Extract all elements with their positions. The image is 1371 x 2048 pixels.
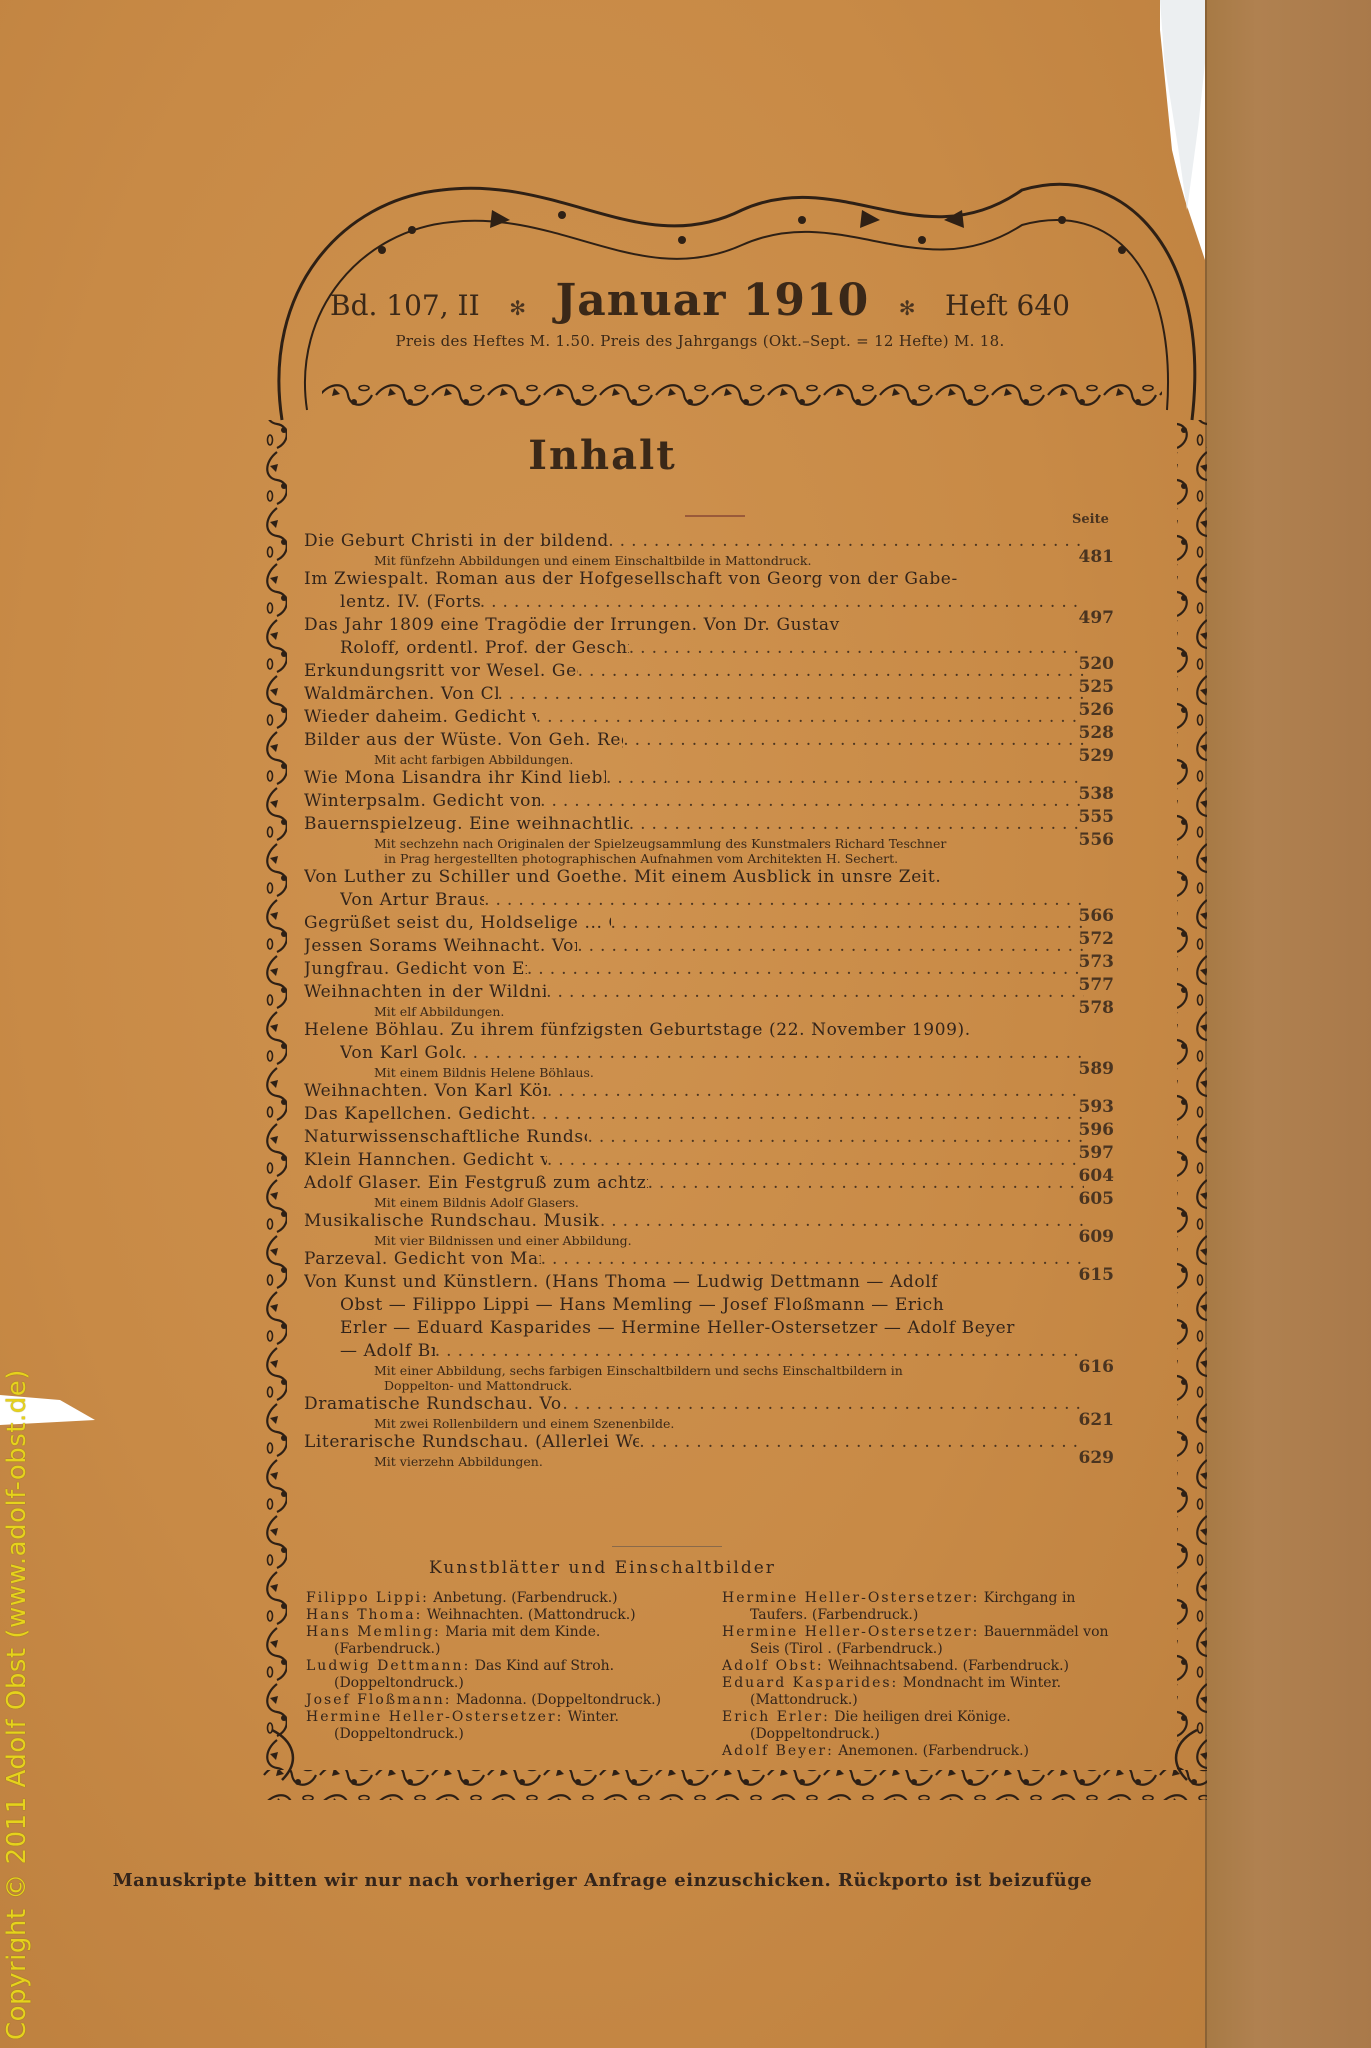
toc-entry-text: Von Artur Brausewetter <box>340 889 484 912</box>
toc-entry-text: Jungfrau. Gedicht von Ernst A. Bertram <box>304 958 527 981</box>
toc-entry-text: Bauernspielzeug. Eine weihnachtliche Stu… <box>304 813 629 836</box>
toc-entry-line: Winterpsalm. Gedicht von Hermann Hango .… <box>304 790 1084 813</box>
toc-entry[interactable]: Helene Böhlau. Zu ihrem fünfzigsten Gebu… <box>304 1019 1084 1080</box>
toc-entry-text: Klein Hannchen. Gedicht von Stephan Milo… <box>304 1149 547 1172</box>
toc-entry-text: Helene Böhlau. Zu ihrem fünfzigsten Gebu… <box>304 1019 971 1042</box>
art-plate-item: Erich Erler: Die heiligen drei Könige. (… <box>722 1709 1120 1743</box>
toc-entry-line: Waldmärchen. Von Clara Hepner ..........… <box>304 683 1084 706</box>
toc-entry-line: Erkundungsritt vor Wesel. Gedicht von Pa… <box>304 660 1084 683</box>
toc-entry-line: Jessen Sorams Weihnacht. Von Robert Schw… <box>304 935 1084 958</box>
toc-entry-line: — Adolf Brütt) .........................… <box>304 1340 1084 1363</box>
art-plate-item: Hans Thoma: Weihnachten. (Mattondruck.) <box>306 1607 704 1624</box>
art-plate-work: Weihnachten. (Mattondruck.) <box>427 1607 636 1623</box>
art-plate-artist: Hermine Heller-Ostersetzer: <box>306 1709 563 1725</box>
toc-entry-text: Im Zwiespalt. Roman aus der Hofgesellsch… <box>304 568 958 591</box>
toc-page-number: 529 <box>1079 745 1115 768</box>
toc-entry[interactable]: Von Kunst und Künstlern. (Hans Thoma — L… <box>304 1271 1084 1393</box>
cover-flap <box>1205 0 1371 2048</box>
toc-entry-line: Von Artur Brausewetter .................… <box>304 889 1084 912</box>
asterisk-ornament-icon: ✻ <box>509 296 526 320</box>
issue-header: Bd. 107, II ✻ Januar 1910 ✻ Heft 640 Pre… <box>330 275 1070 350</box>
art-plate-artist: Josef Floßmann: <box>306 1692 452 1708</box>
art-plate-artist: Filippo Lippi: <box>306 1590 429 1606</box>
toc-entry[interactable]: Die Geburt Christi in der bildenden Kuns… <box>304 530 1084 568</box>
toc-entry-text: Das Jahr 1809 eine Tragödie der Irrungen… <box>304 614 840 637</box>
toc-entry-text: Von Karl Goldmann <box>340 1042 461 1065</box>
art-plate-work: Weihnachtsabend. (Farbendruck.) <box>828 1658 1069 1674</box>
art-plate-item: Hans Memling: Maria mit dem Kinde. (Farb… <box>306 1624 704 1658</box>
toc-entry[interactable]: Winterpsalm. Gedicht von Hermann Hango .… <box>304 790 1084 813</box>
toc-entry-text: Obst — Filippo Lippi — Hans Memling — Jo… <box>340 1294 944 1317</box>
toc-entry[interactable]: Wieder daheim. Gedicht von Gustav Falke … <box>304 706 1084 729</box>
art-plate-item: Josef Floßmann: Madonna. (Doppeltondruck… <box>306 1692 704 1709</box>
contents-title: Inhalt <box>0 432 1205 479</box>
art-plate-item: Hermine Heller-Ostersetzer: Kirchgang in… <box>722 1590 1120 1624</box>
toc-entry[interactable]: Von Luther zu Schiller und Goethe. Mit e… <box>304 866 1084 912</box>
toc-entry-line: Roloff, ordentl. Prof. der Geschichte an… <box>304 637 1084 660</box>
toc-entry-line: Die Geburt Christi in der bildenden Kuns… <box>304 530 1084 553</box>
toc-entry-text: Wie Mona Lisandra ihr Kind liebhat. Nove… <box>304 767 606 790</box>
copyright-watermark: Copyright © 2011 Adolf Obst (www.adolf-o… <box>2 1369 32 2040</box>
art-plate-artist: Hans Thoma: <box>306 1607 422 1623</box>
toc-page-number: 605 <box>1079 1188 1115 1211</box>
toc-entry-line: Parzeval. Gedicht von Marianne Wychgram … <box>304 1248 1084 1271</box>
toc-entry-text: Wieder daheim. Gedicht von Gustav Falke <box>304 706 536 729</box>
leader-dots: ........................................… <box>547 1080 1084 1103</box>
toc-entry-line: Dramatische Rundschau. Von Dr. Friedrich… <box>304 1393 1084 1416</box>
toc-entry-line: Bauernspielzeug. Eine weihnachtliche Stu… <box>304 813 1084 836</box>
leader-dots: ........................................… <box>611 912 1084 935</box>
art-plate-item: Adolf Obst: Weihnachtsabend. (Farbendruc… <box>722 1658 1120 1675</box>
toc-entry-text: Adolf Glaser. Ein Festgruß zum achtzigst… <box>304 1172 648 1195</box>
toc-entry-line: Erler — Eduard Kasparides — Hermine Hell… <box>304 1317 1084 1340</box>
art-plate-item: Hermine Heller-Ostersetzer: Winter. (Dop… <box>306 1709 704 1743</box>
toc-entry-note: in Prag hergestellten photographischen A… <box>304 851 1084 866</box>
toc-entry[interactable]: Parzeval. Gedicht von Marianne Wychgram … <box>304 1248 1084 1271</box>
leader-dots: ........................................… <box>435 1340 1084 1363</box>
leader-dots: ........................................… <box>629 813 1084 836</box>
art-plate-item: Eduard Kasparides: Mondnacht im Winter. … <box>722 1675 1120 1709</box>
art-plate-artist: Erich Erler: <box>722 1709 830 1725</box>
toc-entry-text: Winterpsalm. Gedicht von Hermann Hango <box>304 790 540 813</box>
leader-dots: ........................................… <box>527 958 1084 981</box>
toc-entry-line: Von Luther zu Schiller und Goethe. Mit e… <box>304 866 1084 889</box>
leader-dots: ........................................… <box>648 1172 1084 1195</box>
toc-entry-note: Mit einem Bildnis Adolf Glasers. <box>304 1195 1084 1210</box>
toc-entry-text: lentz. IV. (Fortsetzung) <box>340 591 480 614</box>
toc-entry-note: Mit elf Abbildungen. <box>304 1004 1084 1019</box>
leader-dots: ........................................… <box>600 1210 1084 1233</box>
leader-dots: ........................................… <box>546 981 1084 1004</box>
toc-entry-text: Naturwissenschaftliche Rundschau. Von Dr… <box>304 1126 587 1149</box>
toc-page-number: 589 <box>1079 1058 1115 1081</box>
price-line: Preis des Heftes M. 1.50. Preis des Jahr… <box>330 332 1070 350</box>
toc-entry[interactable]: Dramatische Rundschau. Von Dr. Friedrich… <box>304 1393 1084 1431</box>
toc-entry[interactable]: Adolf Glaser. Ein Festgruß zum achtzigst… <box>304 1172 1084 1210</box>
toc-entry-line: Klein Hannchen. Gedicht von Stephan Milo… <box>304 1149 1084 1172</box>
toc-entry-text: Roloff, ordentl. Prof. der Geschichte an… <box>340 637 629 660</box>
toc-entry-line: Bilder aus der Wüste. Von Geh. Regierung… <box>304 729 1084 752</box>
toc-entry-line: Naturwissenschaftliche Rundschau. Von Dr… <box>304 1126 1084 1149</box>
art-plate-work: Anemonen. (Farbendruck.) <box>838 1743 1029 1759</box>
toc-entry[interactable]: Wie Mona Lisandra ihr Kind liebhat. Nove… <box>304 767 1084 790</box>
toc-entry[interactable]: Literarische Rundschau. (Allerlei Weihna… <box>304 1431 1084 1469</box>
leader-dots: ........................................… <box>639 1431 1084 1454</box>
toc-entry[interactable]: Gegrüßet seist du, Holdselige ... Gedich… <box>304 912 1084 935</box>
art-plate-artist: Hans Memling: <box>306 1624 441 1640</box>
toc-entry-text: Die Geburt Christi in der bildenden Kuns… <box>304 530 608 553</box>
table-of-contents: Die Geburt Christi in der bildenden Kuns… <box>304 530 1084 1469</box>
toc-entry[interactable]: Bauernspielzeug. Eine weihnachtliche Stu… <box>304 813 1084 866</box>
leader-dots: ........................................… <box>498 683 1085 706</box>
art-plates-list: Filippo Lippi: Anbetung. (Farbendruck.)H… <box>306 1590 1121 1760</box>
toc-entry-text: Von Luther zu Schiller und Goethe. Mit e… <box>304 866 941 889</box>
leader-dots: ........................................… <box>540 790 1084 813</box>
issue-header-row: Bd. 107, II ✻ Januar 1910 ✻ Heft 640 <box>330 275 1070 326</box>
art-plate-item: Filippo Lippi: Anbetung. (Farbendruck.) <box>306 1590 704 1607</box>
toc-entry-text: Von Kunst und Künstlern. (Hans Thoma — L… <box>304 1271 938 1294</box>
toc-entry-text: Erler — Eduard Kasparides — Hermine Hell… <box>340 1317 1015 1340</box>
toc-page-number: 609 <box>1079 1226 1115 1249</box>
section-divider <box>612 1546 722 1547</box>
toc-entry[interactable]: Weihnachten. Von Karl König (Bremen-Horn… <box>304 1080 1084 1103</box>
toc-entry-note: Mit einer Abbildung, sechs farbigen Eins… <box>304 1363 1084 1378</box>
leader-dots: ........................................… <box>578 660 1084 683</box>
toc-entry[interactable]: Waldmärchen. Von Clara Hepner ..........… <box>304 683 1084 706</box>
toc-entry[interactable]: Jungfrau. Gedicht von Ernst A. Bertram .… <box>304 958 1084 981</box>
leader-dots: ........................................… <box>606 767 1084 790</box>
toc-entry-note: Mit fünfzehn Abbildungen und einem Einsc… <box>304 553 1084 568</box>
toc-entry-line: Weihnachten in der Wildnis. Von Sven Hed… <box>304 981 1084 1004</box>
leader-dots: ........................................… <box>623 729 1084 752</box>
art-plate-artist: Adolf Obst: <box>722 1658 824 1674</box>
issue-number: Heft 640 <box>945 289 1070 322</box>
toc-entry[interactable]: Musikalische Rundschau. Musikfeste. Von … <box>304 1210 1084 1248</box>
toc-page-number: 629 <box>1079 1447 1115 1470</box>
toc-entry-text: Bilder aus der Wüste. Von Geh. Regierung… <box>304 729 623 752</box>
toc-entry-line: Gegrüßet seist du, Holdselige ... Gedich… <box>304 912 1084 935</box>
art-plate-item: Adolf Beyer: Anemonen. (Farbendruck.) <box>722 1743 1120 1760</box>
art-plates-title: Kunstblätter und Einschaltbilder <box>0 1558 1205 1578</box>
toc-entry-note: Mit vier Bildnissen und einer Abbildung. <box>304 1233 1084 1248</box>
toc-entry-line: Wie Mona Lisandra ihr Kind liebhat. Nove… <box>304 767 1084 790</box>
art-plates-column-left: Filippo Lippi: Anbetung. (Farbendruck.)H… <box>306 1590 704 1760</box>
art-plate-artist: Eduard Kasparides: <box>722 1675 898 1691</box>
toc-entry-text: Erkundungsritt vor Wesel. Gedicht von Pa… <box>304 660 578 683</box>
toc-entry-line: Das Kapellchen. Gedicht von Adolf Holst … <box>304 1103 1084 1126</box>
art-plate-artist: Hermine Heller-Ostersetzer: <box>722 1590 979 1606</box>
art-plate-item: Hermine Heller-Ostersetzer: Bauernmädel … <box>722 1624 1120 1658</box>
toc-entry-note: Mit acht farbigen Abbildungen. <box>304 752 1084 767</box>
toc-page-number: 616 <box>1079 1356 1115 1379</box>
manuscript-notice: Manuskripte bitten wir nur nach vorherig… <box>0 1870 1205 1891</box>
toc-entry-line: Von Karl Goldmann ......................… <box>304 1042 1084 1065</box>
leader-dots: ........................................… <box>531 1103 1084 1126</box>
leader-dots: ........................................… <box>562 1393 1084 1416</box>
leader-dots: ........................................… <box>541 1248 1084 1271</box>
toc-entry[interactable]: Erkundungsritt vor Wesel. Gedicht von Pa… <box>304 660 1084 683</box>
toc-entry-line: lentz. IV. (Fortsetzung) ...............… <box>304 591 1084 614</box>
toc-entry[interactable]: Bilder aus der Wüste. Von Geh. Regierung… <box>304 729 1084 767</box>
leader-dots: ........................................… <box>608 530 1084 553</box>
toc-entry-text: Musikalische Rundschau. Musikfeste. Von … <box>304 1210 600 1233</box>
toc-entry-text: — Adolf Brütt) <box>340 1340 435 1363</box>
toc-entry-text: Weihnachten. Von Karl König (Bremen-Horn… <box>304 1080 547 1103</box>
toc-entry-line: Adolf Glaser. Ein Festgruß zum achtzigst… <box>304 1172 1084 1195</box>
toc-page-number: 578 <box>1079 997 1115 1020</box>
toc-entry-text: Waldmärchen. Von Clara Hepner <box>304 683 498 706</box>
toc-entry-line: Obst — Filippo Lippi — Hans Memling — Jo… <box>304 1294 1084 1317</box>
page-column-label: Seite <box>1072 512 1109 527</box>
art-plate-artist: Ludwig Dettmann: <box>306 1658 470 1674</box>
leader-dots: ........................................… <box>547 1149 1084 1172</box>
asterisk-ornament-icon: ✻ <box>899 296 916 320</box>
leader-dots: ........................................… <box>461 1042 1084 1065</box>
toc-entry-text: Literarische Rundschau. (Allerlei Weihna… <box>304 1431 639 1454</box>
art-plate-artist: Adolf Beyer: <box>722 1743 834 1759</box>
toc-entry-note: Mit einem Bildnis Helene Böhlaus. <box>304 1065 1084 1080</box>
toc-entry[interactable]: Im Zwiespalt. Roman aus der Hofgesellsch… <box>304 568 1084 614</box>
toc-entry-line: Wieder daheim. Gedicht von Gustav Falke … <box>304 706 1084 729</box>
toc-entry[interactable]: Weihnachten in der Wildnis. Von Sven Hed… <box>304 981 1084 1019</box>
toc-entry-line: Weihnachten. Von Karl König (Bremen-Horn… <box>304 1080 1084 1103</box>
toc-entry[interactable]: Das Kapellchen. Gedicht von Adolf Holst … <box>304 1103 1084 1126</box>
toc-entry-note: Mit sechzehn nach Originalen der Spielze… <box>304 836 1084 851</box>
art-plate-artist: Hermine Heller-Ostersetzer: <box>722 1624 979 1640</box>
leader-dots: ........................................… <box>629 637 1084 660</box>
toc-entry-text: Das Kapellchen. Gedicht von Adolf Holst <box>304 1103 531 1126</box>
toc-entry-text: Gegrüßet seist du, Holdselige ... Gedich… <box>304 912 611 935</box>
art-plates-column-right: Hermine Heller-Ostersetzer: Kirchgang in… <box>722 1590 1120 1760</box>
leader-dots: ........................................… <box>480 591 1084 614</box>
toc-page-number: 556 <box>1079 829 1115 852</box>
leader-dots: ........................................… <box>484 889 1084 912</box>
toc-entry-text: Parzeval. Gedicht von Marianne Wychgram <box>304 1248 541 1271</box>
toc-entry-note: Doppelton- und Mattondruck. <box>304 1378 1084 1393</box>
volume-label: Bd. 107, II <box>330 289 480 322</box>
art-plate-item: Ludwig Dettmann: Das Kind auf Stroh. (Do… <box>306 1658 704 1692</box>
toc-entry-line: Literarische Rundschau. (Allerlei Weihna… <box>304 1431 1084 1454</box>
toc-entry-line: Das Jahr 1809 eine Tragödie der Irrungen… <box>304 614 1084 637</box>
toc-entry-line: Von Kunst und Künstlern. (Hans Thoma — L… <box>304 1271 1084 1294</box>
toc-entry-line: Helene Böhlau. Zu ihrem fünfzigsten Gebu… <box>304 1019 1084 1042</box>
toc-entry[interactable]: Naturwissenschaftliche Rundschau. Von Dr… <box>304 1126 1084 1149</box>
toc-page-number: 621 <box>1079 1409 1115 1432</box>
art-plate-work: Anbetung. (Farbendruck.) <box>433 1590 617 1606</box>
toc-entry[interactable]: Jessen Sorams Weihnacht. Von Robert Schw… <box>304 935 1084 958</box>
toc-entry-note: Mit zwei Rollenbildern und einem Szenenb… <box>304 1416 1084 1431</box>
toc-entry-text: Dramatische Rundschau. Von Dr. Friedrich… <box>304 1393 562 1416</box>
toc-entry-text: Weihnachten in der Wildnis. Von Sven Hed… <box>304 981 546 1004</box>
leader-dots: ........................................… <box>536 706 1084 729</box>
toc-entry-text: Jessen Sorams Weihnacht. Von Robert Schw… <box>304 935 577 958</box>
toc-entry-note: Mit vierzehn Abbildungen. <box>304 1454 1084 1469</box>
toc-entry[interactable]: Das Jahr 1809 eine Tragödie der Irrungen… <box>304 614 1084 660</box>
title-divider <box>685 515 745 517</box>
leader-dots: ........................................… <box>587 1126 1084 1149</box>
art-plate-work: Madonna. (Doppeltondruck.) <box>456 1692 661 1708</box>
toc-entry-line: Jungfrau. Gedicht von Ernst A. Bertram .… <box>304 958 1084 981</box>
toc-entry-line: Musikalische Rundschau. Musikfeste. Von … <box>304 1210 1084 1233</box>
toc-entry-line: Im Zwiespalt. Roman aus der Hofgesellsch… <box>304 568 1084 591</box>
leader-dots: ........................................… <box>577 935 1084 958</box>
toc-page-number: 481 <box>1079 546 1115 569</box>
issue-date: Januar 1910 <box>555 275 869 326</box>
toc-entry[interactable]: Klein Hannchen. Gedicht von Stephan Milo… <box>304 1149 1084 1172</box>
